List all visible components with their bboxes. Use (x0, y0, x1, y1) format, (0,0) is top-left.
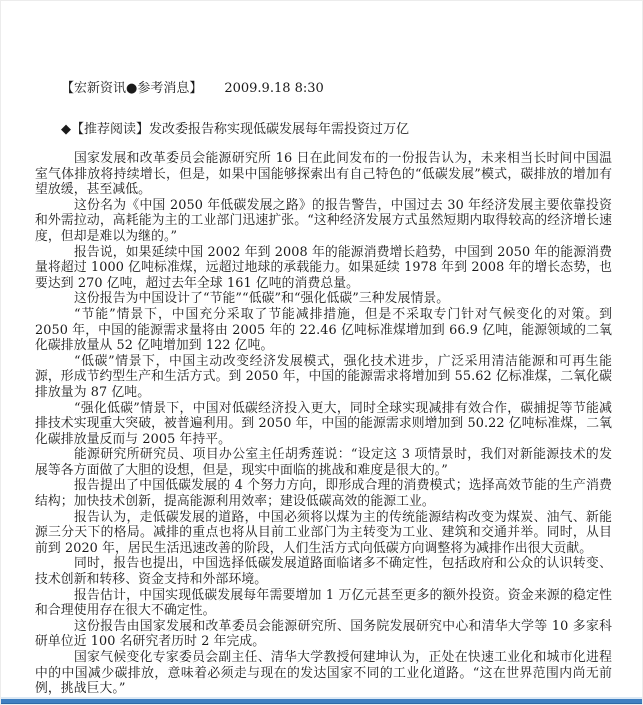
article-paragraph: 报告提出了中国低碳发展的 4 个努力方向，即形成合理的消费模式；选择高效节能的生… (35, 478, 612, 509)
document-content: 【宏新资讯●参考消息】2009.9.18 8:30 ◆【推荐阅读】发改委报告称实… (1, 1, 642, 697)
article-paragraph: 报告认为，走低碳发展的道路，中国必须将以煤为主的传统能源结构改变为煤炭、油气、新… (35, 510, 612, 557)
header-datetime: 2009.9.18 8:30 (224, 81, 324, 96)
article-paragraph: 国家发展和改革委员会能源研究所 16 日在此间发布的一份报告认为，未来相当长时间… (35, 151, 612, 198)
article-paragraph: “低碳”情景下，中国主动改变经济发展模式，强化技术进步，广泛采用清洁能源和可再生… (35, 354, 612, 401)
article-paragraph: 国家气候变化专家委员会副主任、清华大学教授何建坤认为，正处在快速工业化和城市化进… (35, 650, 612, 697)
article-paragraph: 这份名为《中国 2050 年低碳发展之路》的报告警告，中国过去 30 年经济发展… (35, 198, 612, 245)
article-paragraph: 报告说，如果延续中国 2002 年到 2008 年的能源消费增长趋势，中国到 2… (35, 245, 612, 292)
article-paragraph: 同时，报告也提出，中国选择低碳发展道路面临诸多不确定性，包括政府和公众的认识转变… (35, 556, 612, 587)
article-paragraph: 这份报告为中国设计了“节能”“低碳”和“强化低碳”三种发展情景。 (35, 291, 612, 307)
document-page: 【宏新资讯●参考消息】2009.9.18 8:30 ◆【推荐阅读】发改委报告称实… (0, 0, 643, 705)
article-paragraph: 报告估计，中国实现低碳发展每年需要增加 1 万亿元甚至更多的额外投资。资金来源的… (35, 588, 612, 619)
header-source-label: 【宏新资讯●参考消息】 (61, 81, 202, 96)
article-body: 国家发展和改革委员会能源研究所 16 日在此间发布的一份报告认为，未来相当长时间… (35, 151, 612, 697)
article-paragraph: “强化低碳”情景下，中国对低碳经济投入更大，同时全球实现减排有效合作，碳捕捉等节… (35, 401, 612, 448)
document-header: 【宏新资讯●参考消息】2009.9.18 8:30 (35, 81, 612, 96)
article-paragraph: 这份报告由国家发展和改革委员会能源研究所、国务院发展研究中心和清华大学等 10 … (35, 619, 612, 650)
window-bottom-edge (1, 697, 642, 704)
article-paragraph: “节能”情景下，中国充分采取了节能减排措施，但是不采取专门针对气候变化的对策。到… (35, 307, 612, 354)
bottom-bar-shadow (1, 703, 642, 704)
article-title: ◆【推荐阅读】发改委报告称实现低碳发展每年需投资过万亿 (35, 122, 612, 137)
article-paragraph: 能源研究所研究员、项目办公室主任胡秀莲说：“设定这 3 项情景时，我们对新能源技… (35, 447, 612, 478)
